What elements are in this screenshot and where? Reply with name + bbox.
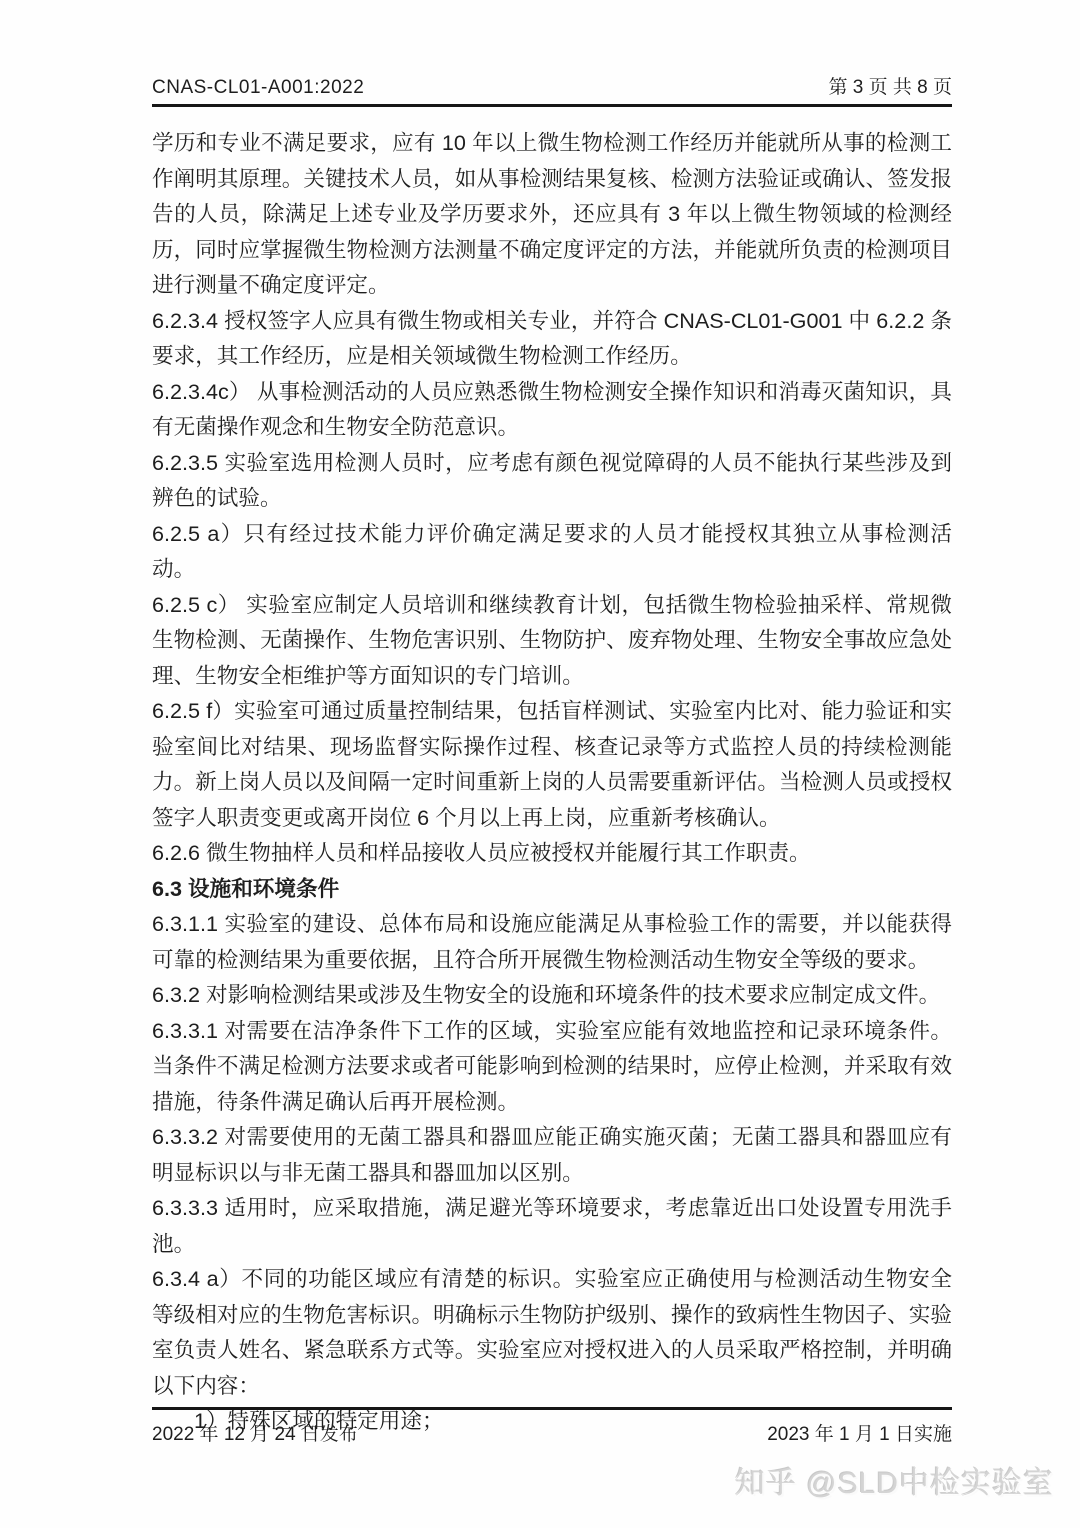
para-6-3-3-1: 6.3.3.1 对需要在洁净条件下工作的区域，实验室应能有效地监控和记录环境条件… xyxy=(152,1013,952,1120)
document-number: CNAS-CL01-A001:2022 xyxy=(152,77,364,99)
page-footer: 2022 年 12 月 24 日发布 2023 年 1 月 1 日实施 xyxy=(152,1407,952,1446)
para-6-3-3-3: 6.3.3.3 适用时，应采取措施，满足避光等环境要求，考虑靠近出口处设置专用洗… xyxy=(152,1190,952,1261)
para-6-2-5-a: 6.2.5 a）只有经过技术能力评价确定满足要求的人员才能授权其独立从事检测活动… xyxy=(152,516,952,587)
document-body: 学历和专业不满足要求，应有 10 年以上微生物检测工作经历并能就所从事的检测工作… xyxy=(152,125,952,1439)
heading-6-3: 6.3 设施和环境条件 xyxy=(152,871,952,907)
zhihu-watermark: 知乎 @SLD中检实验室 xyxy=(735,1458,1054,1502)
page-number-indicator: 第 3 页 共 8 页 xyxy=(828,72,952,99)
document-page: CNAS-CL01-A001:2022 第 3 页 共 8 页 学历和专业不满足… xyxy=(0,0,1080,1528)
para-6-2-3-5: 6.2.3.5 实验室选用检测人员时，应考虑有颜色视觉障碍的人员不能执行某些涉及… xyxy=(152,445,952,516)
para-6-2-6: 6.2.6 微生物抽样人员和样品接收人员应被授权并能履行其工作职责。 xyxy=(152,835,952,871)
para-continuation: 学历和专业不满足要求，应有 10 年以上微生物检测工作经历并能就所从事的检测工作… xyxy=(152,125,952,303)
para-6-2-3-4c: 6.2.3.4c） 从事检测活动的人员应熟悉微生物检测安全操作知识和消毒灭菌知识… xyxy=(152,374,952,445)
para-6-2-5-f: 6.2.5 f）实验室可通过质量控制结果，包括盲样测试、实验室内比对、能力验证和… xyxy=(152,693,952,835)
para-6-3-3-2: 6.3.3.2 对需要使用的无菌工器具和器皿应能正确实施灭菌；无菌工器具和器皿应… xyxy=(152,1119,952,1190)
para-6-2-5-c: 6.2.5 c） 实验室应制定人员培训和继续教育计划，包括微生物检验抽采样、常规… xyxy=(152,587,952,694)
para-6-3-2: 6.3.2 对影响检测结果或涉及生物安全的设施和环境条件的技术要求应制定成文件。 xyxy=(152,977,952,1013)
page-header: CNAS-CL01-A001:2022 第 3 页 共 8 页 xyxy=(152,72,952,107)
implementation-date: 2023 年 1 月 1 日实施 xyxy=(767,1419,952,1446)
para-6-3-1-1: 6.3.1.1 实验室的建设、总体布局和设施应能满足从事检验工作的需要，并以能获… xyxy=(152,906,952,977)
release-date: 2022 年 12 月 24 日发布 xyxy=(152,1419,358,1446)
para-6-2-3-4: 6.2.3.4 授权签字人应具有微生物或相关专业，并符合 CNAS-CL01-G… xyxy=(152,303,952,374)
para-6-3-4-a: 6.3.4 a）不同的功能区域应有清楚的标识。实验室应正确使用与检测活动生物安全… xyxy=(152,1261,952,1403)
